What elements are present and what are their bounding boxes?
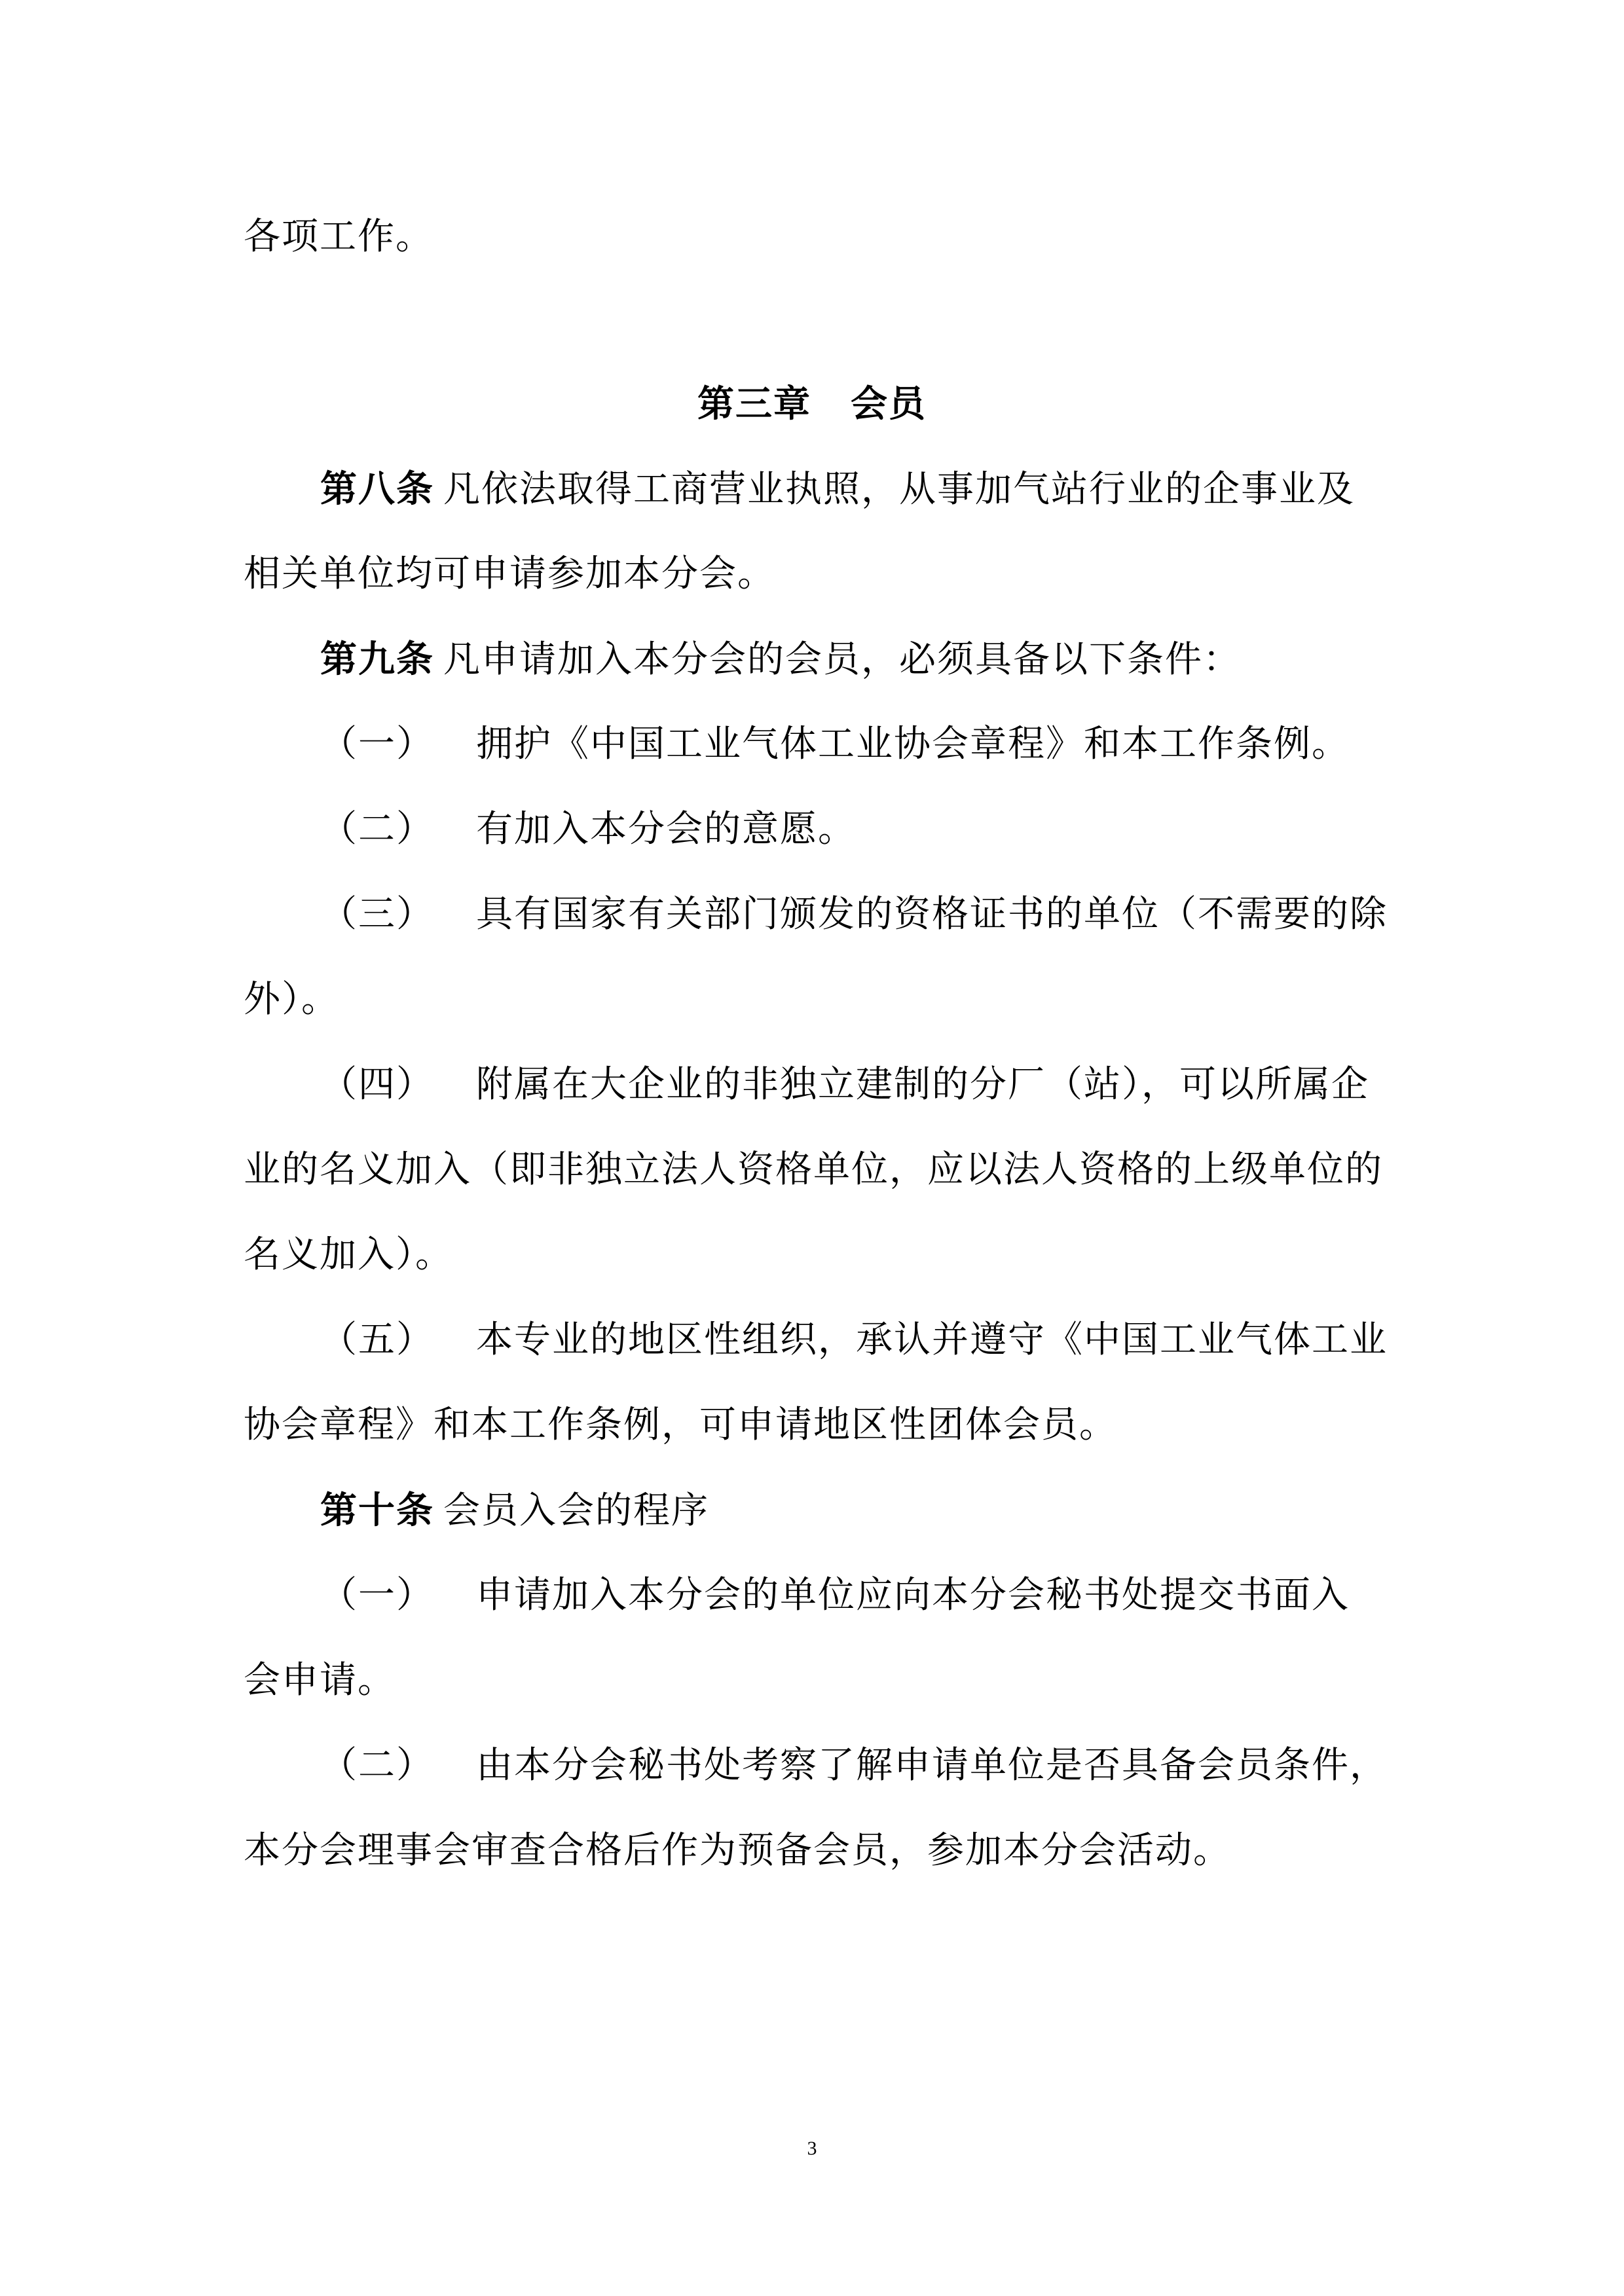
text: 外）。 [244, 978, 339, 1021]
chapter-title: 会员 [851, 382, 927, 426]
article-9-item-2: （二）有加入本分会的意愿。 [320, 809, 856, 850]
item-label: （三） [320, 894, 476, 936]
text: 相关单位均可申请参加本分会。 [244, 553, 775, 595]
article-9-item-3: （三）具有国家有关部门颁发的资格证书的单位（不需要的除 [320, 894, 1388, 936]
article-9-item-4-continuation-2: 名义加入）。 [244, 1234, 453, 1276]
item-label: （五） [320, 1319, 476, 1361]
article-9-item-1: （一）拥护《中国工业气体工业协会章程》和本工作条例。 [320, 723, 1350, 765]
article-9-item-4: （四）附属在大企业的非独立建制的分厂（站），可以所属企 [320, 1064, 1369, 1106]
text: 业的名义加入（即非独立法人资格单位，应以法人资格的上级单位的 [244, 1148, 1383, 1191]
article-8: 第八条凡依法取得工商营业执照，从事加气站行业的企事业及 [320, 468, 1355, 511]
item-text: 拥护《中国工业气体工业协会章程》和本工作条例。 [476, 723, 1350, 765]
article-9-item-3-continuation: 外）。 [244, 979, 339, 1021]
item-text: 有加入本分会的意愿。 [476, 808, 856, 850]
article-10: 第十条会员入会的程序 [320, 1489, 709, 1532]
article-9-item-5: （五）本专业的地区性组织，承认并遵守《中国工业气体工业 [320, 1319, 1388, 1361]
document-page: 各项工作。 第三章会员 第八条凡依法取得工商营业执照，从事加气站行业的企事业及 … [0, 0, 1624, 2296]
text: 各项工作。 [244, 215, 434, 258]
article-text: 凡申请加入本分会的会员，必须具备以下条件： [443, 638, 1241, 681]
article-label: 第八条 [320, 467, 434, 511]
item-label: （二） [320, 1745, 476, 1787]
article-10-item-2-continuation: 本分会理事会审查合格后作为预备会员，参加本分会活动。 [244, 1830, 1231, 1872]
item-label: （二） [320, 809, 476, 850]
article-text: 凡依法取得工商营业执照，从事加气站行业的企事业及 [443, 468, 1355, 511]
item-text: 附属在大企业的非独立建制的分厂（站），可以所属企 [476, 1063, 1369, 1106]
article-10-item-1: （一）申请加入本分会的单位应向本分会秘书处提交书面入 [320, 1575, 1350, 1616]
article-label: 第九条 [320, 638, 434, 681]
item-text: 本专业的地区性组织，承认并遵守《中国工业气体工业 [476, 1319, 1388, 1361]
article-text: 会员入会的程序 [443, 1489, 709, 1532]
chapter-number: 第三章 [697, 382, 811, 426]
article-9: 第九条凡申请加入本分会的会员，必须具备以下条件： [320, 638, 1241, 681]
paragraph-continuation: 各项工作。 [244, 216, 434, 258]
article-8-continuation: 相关单位均可申请参加本分会。 [244, 553, 775, 595]
item-text: 具有国家有关部门颁发的资格证书的单位（不需要的除 [476, 893, 1388, 936]
item-label: （一） [320, 723, 476, 765]
item-label: （一） [320, 1575, 476, 1616]
article-label: 第十条 [320, 1489, 434, 1532]
text: 会申请。 [244, 1659, 396, 1702]
text: 本分会理事会审查合格后作为预备会员，参加本分会活动。 [244, 1829, 1231, 1872]
page-number: 3 [0, 2138, 1624, 2160]
article-10-item-1-continuation: 会申请。 [244, 1660, 396, 1702]
article-9-item-4-continuation-1: 业的名义加入（即非独立法人资格单位，应以法人资格的上级单位的 [244, 1149, 1383, 1191]
item-text: 申请加入本分会的单位应向本分会秘书处提交书面入 [476, 1574, 1350, 1616]
text: 协会章程》和本工作条例，可申请地区性团体会员。 [244, 1404, 1117, 1446]
item-label: （四） [320, 1064, 476, 1106]
item-text: 由本分会秘书处考察了解申请单位是否具备会员条件， [476, 1744, 1388, 1787]
article-10-item-2: （二）由本分会秘书处考察了解申请单位是否具备会员条件， [320, 1745, 1388, 1787]
chapter-heading: 第三章会员 [0, 383, 1624, 425]
article-9-item-5-continuation: 协会章程》和本工作条例，可申请地区性团体会员。 [244, 1404, 1117, 1446]
text: 名义加入）。 [244, 1233, 453, 1276]
